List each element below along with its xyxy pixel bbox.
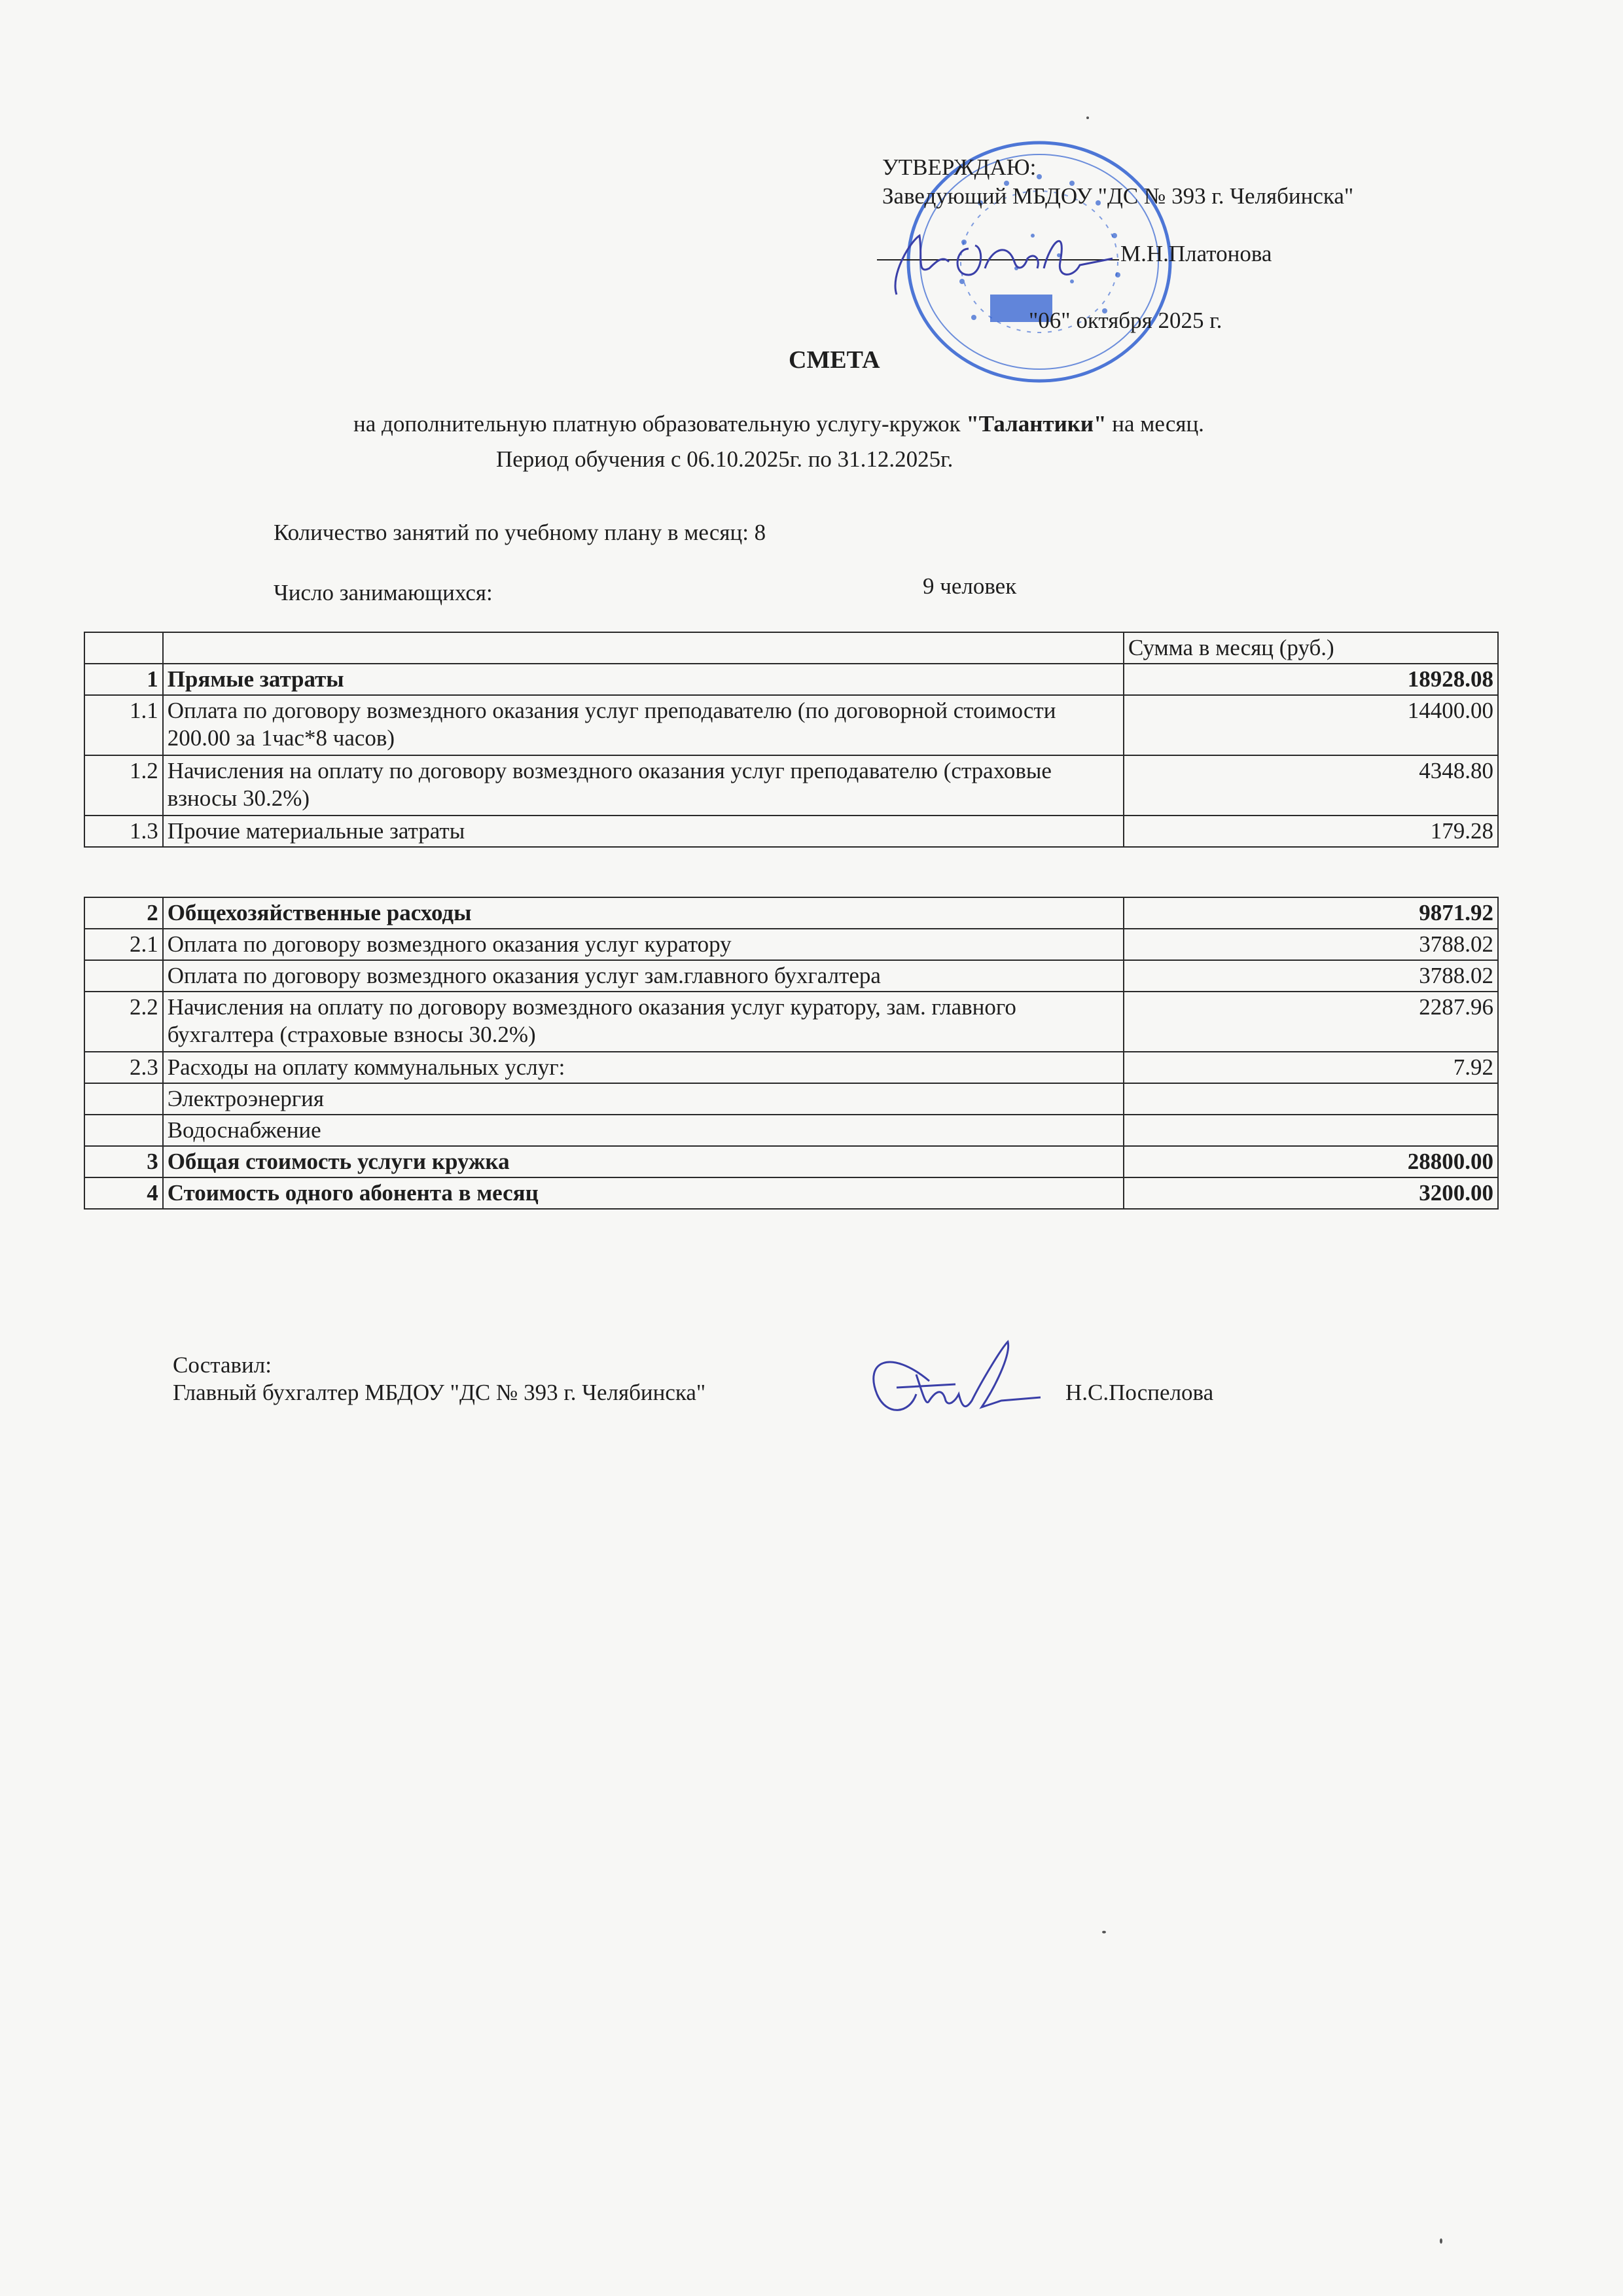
- table-row: Водоснабжение: [84, 1115, 1498, 1146]
- estimate-table-direct-costs: Сумма в месяц (руб.) 1 Прямые затраты 18…: [84, 632, 1499, 848]
- subtitle-suffix: на месяц.: [1107, 411, 1204, 437]
- lessons-per-month: Количество занятий по учебному плану в м…: [274, 520, 766, 546]
- table-row: Оплата по договору возмездного оказания …: [84, 960, 1498, 992]
- approval-heading: УТВЕРЖДАЮ:: [882, 154, 1036, 181]
- approver-name: М.Н.Платонова: [1120, 241, 1272, 267]
- composed-by-label: Составил:: [173, 1352, 272, 1378]
- approver-position: Заведующий МБДОУ "ДС № 393 г. Челябинска…: [882, 183, 1353, 209]
- table-row: Электроэнергия: [84, 1083, 1498, 1115]
- subtitle-prefix: на дополнительную платную образовательну…: [353, 411, 966, 437]
- table-row: 1.2 Начисления на оплату по договору воз…: [84, 755, 1498, 816]
- table-header-row: Сумма в месяц (руб.): [84, 632, 1498, 664]
- header-num-cell: [84, 632, 163, 664]
- table-row: 4 Стоимость одного абонента в месяц 3200…: [84, 1177, 1498, 1209]
- document-subtitle: на дополнительную платную образовательну…: [353, 411, 1204, 437]
- estimate-table-overhead: 2 Общехозяйственные расходы 9871.92 2.1 …: [84, 897, 1499, 1210]
- approver-signature-icon: [870, 223, 1132, 301]
- header-desc-cell: [163, 632, 1124, 664]
- document-title: СМЕТА: [789, 346, 880, 374]
- students-label: Число занимающихся:: [274, 580, 493, 606]
- students-value: 9 человек: [923, 573, 1016, 600]
- composer-name: Н.С.Поспелова: [1065, 1380, 1213, 1406]
- table-row: 2 Общехозяйственные расходы 9871.92: [84, 897, 1498, 929]
- scan-speck: [1086, 117, 1089, 119]
- composer-signature-icon: [851, 1335, 1073, 1427]
- table-row: 2.2 Начисления на оплату по договору воз…: [84, 992, 1498, 1052]
- approval-date: "06" октября 2025 г.: [1029, 308, 1222, 334]
- table-row: 2.3 Расходы на оплату коммунальных услуг…: [84, 1052, 1498, 1083]
- scan-speck: [1102, 1931, 1106, 1933]
- table-row: 1.3 Прочие материальные затраты 179.28: [84, 816, 1498, 847]
- header-sum-cell: Сумма в месяц (руб.): [1124, 632, 1498, 664]
- table-row: 2.1 Оплата по договору возмездного оказа…: [84, 929, 1498, 960]
- table-row: 3 Общая стоимость услуги кружка 28800.00: [84, 1146, 1498, 1177]
- scan-speck: [1440, 2238, 1442, 2244]
- club-name: "Талантики": [966, 411, 1106, 437]
- table-row: 1.1 Оплата по договору возмездного оказа…: [84, 695, 1498, 755]
- table-row: 1 Прямые затраты 18928.08: [84, 664, 1498, 695]
- study-period: Период обучения с 06.10.2025г. по 31.12.…: [496, 446, 953, 473]
- composer-position: Главный бухгалтер МБДОУ "ДС № 393 г. Чел…: [173, 1380, 705, 1406]
